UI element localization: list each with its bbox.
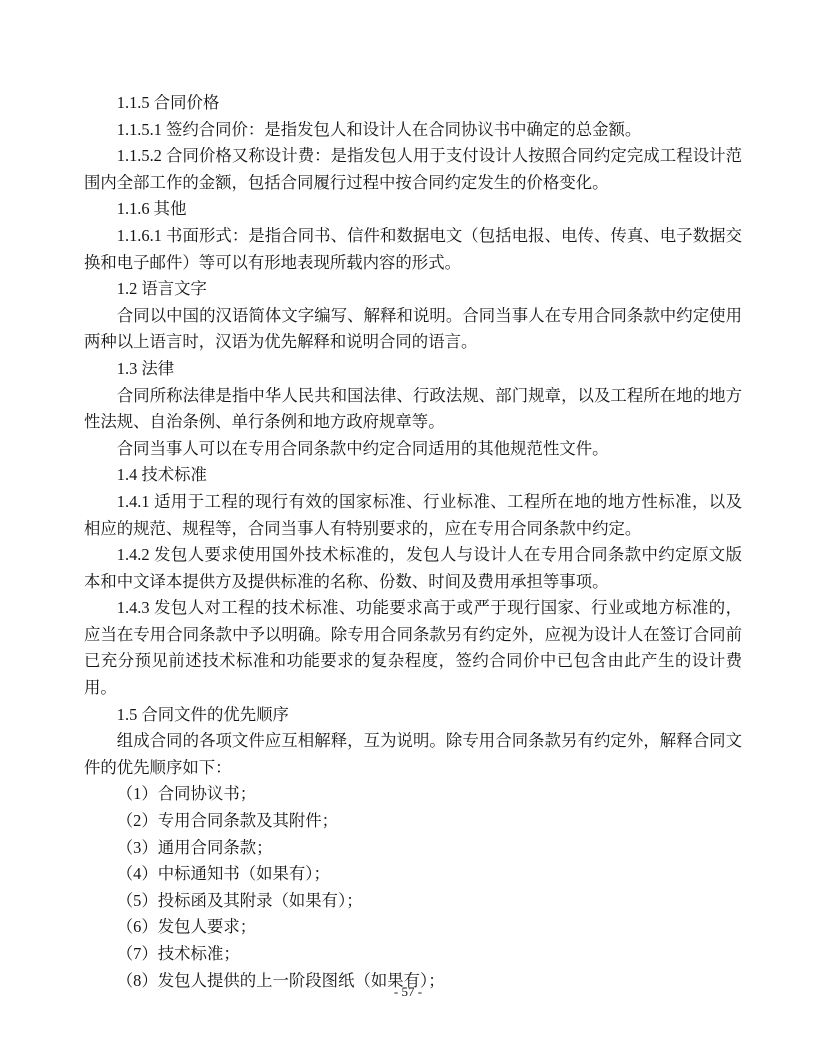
clause-heading: 1.1.5 合同价格 [84,90,742,117]
document-body: 1.1.5 合同价格1.1.5.1 签约合同价：是指发包人和设计人在合同协议书中… [84,90,742,994]
paragraph: 1.1.6.1 书面形式：是指合同书、信件和数据电文（包括电报、电传、传真、电子… [84,223,742,276]
clause-heading: 1.1.6 其他 [84,196,742,223]
document-page: 1.1.5 合同价格1.1.5.1 签约合同价：是指发包人和设计人在合同协议书中… [0,0,816,1056]
page-number: - 57 - [394,984,422,999]
clause-heading: 1.5 合同文件的优先顺序 [84,702,742,729]
paragraph: 合同以中国的汉语简体文字编写、解释和说明。合同当事人在专用合同条款中约定使用两种… [84,303,742,356]
list-item: （2）专用合同条款及其附件； [84,808,742,835]
clause-heading: 1.3 法律 [84,356,742,383]
paragraph: 合同当事人可以在专用合同条款中约定合同适用的其他规范性文件。 [84,436,742,463]
clause-heading: 1.4 技术标准 [84,462,742,489]
paragraph: 1.4.2 发包人要求使用国外技术标准的，发包人与设计人在专用合同条款中约定原文… [84,542,742,595]
page-footer: - 57 - [0,984,816,1000]
paragraph: 1.1.5.1 签约合同价：是指发包人和设计人在合同协议书中确定的总金额。 [84,117,742,144]
list-item: （3）通用合同条款； [84,835,742,862]
list-item: （7）技术标准； [84,941,742,968]
paragraph: 合同所称法律是指中华人民共和国法律、行政法规、部门规章，以及工程所在地的地方性法… [84,383,742,436]
list-item: （1）合同协议书； [84,781,742,808]
paragraph: 1.4.1 适用于工程的现行有效的国家标准、行业标准、工程所在地的地方性标准，以… [84,489,742,542]
paragraph: 组成合同的各项文件应互相解释，互为说明。除专用合同条款另有约定外，解释合同文件的… [84,728,742,781]
paragraph: 1.4.3 发包人对工程的技术标准、功能要求高于或严于现行国家、行业或地方标准的… [84,595,742,701]
paragraph: 1.1.5.2 合同价格又称设计费：是指发包人用于支付设计人按照合同约定完成工程… [84,143,742,196]
list-item: （5）投标函及其附录（如果有）； [84,888,742,915]
list-item: （6）发包人要求； [84,914,742,941]
clause-heading: 1.2 语言文字 [84,276,742,303]
list-item: （4）中标通知书（如果有）； [84,861,742,888]
